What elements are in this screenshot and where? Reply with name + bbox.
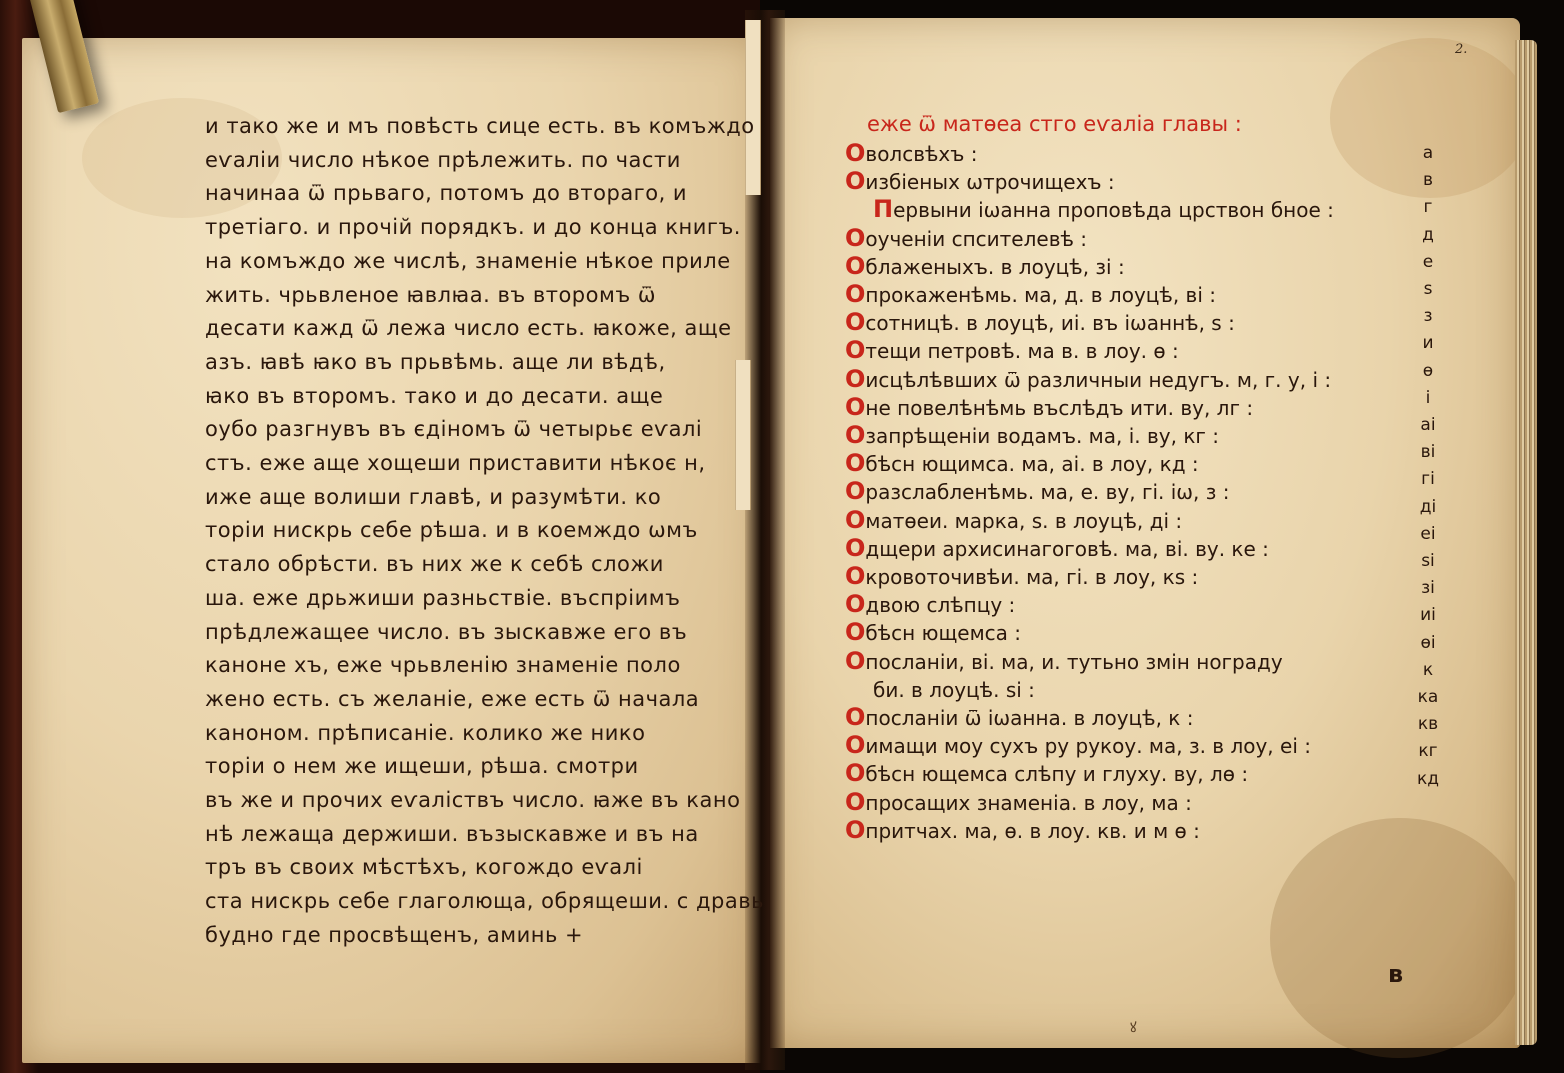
text-line: торіи нискрь себе рѣша. и в коемждо ѡмъ [205, 514, 675, 548]
chapter-entry: Отещи петровѣ. ма в. в лоу. ѳ : [845, 337, 1365, 365]
rubric-initial: О [845, 562, 865, 590]
chapter-entry: Окровоточивѣи. ма, гі. в лоу, кѕ : [845, 563, 1365, 591]
chapter-number: з [1408, 303, 1448, 330]
chapter-entry-text: блаженыхъ. в лоуцѣ, зі : [865, 255, 1124, 279]
chapter-entry: Оимащи моу сухъ ру рукоу. ма, з. в лоу, … [845, 732, 1365, 760]
rubric-initial: О [845, 618, 865, 646]
chapter-list-title: еже ѿ матѳеа стго еѵаліа главы : [845, 108, 1365, 140]
rubric-initial: О [845, 534, 865, 562]
chapter-entry-text: посланіи ѿ іѡанна. в лоуцѣ, к : [865, 706, 1193, 730]
chapter-entry-text: прокаженѣмь. ма, д. в лоуцѣ, ві : [865, 283, 1216, 307]
chapter-entry: Обѣсн ющемса слѣпу и глуху. ву, лѳ : [845, 760, 1365, 788]
chapter-entry-text: имащи моу сухъ ру рукоу. ма, з. в лоу, е… [865, 734, 1311, 758]
rubric-initial: О [845, 252, 865, 280]
rubric-initial: О [845, 167, 865, 195]
rubric-initial: О [845, 308, 865, 336]
chapter-entry: Опросащих знаменіа. в лоу, ма : [845, 789, 1365, 817]
chapter-entry-text: притчах. ма, ѳ. в лоу. кв. и м ѳ : [865, 819, 1199, 843]
text-line: ша. еже дрьжиши разньствіе. въспріимъ [205, 582, 675, 616]
text-line: каноном. прѣписаніе. колико же нико [205, 717, 675, 751]
text-line: на комъждо же числѣ, знаменіе нѣкое прил… [205, 245, 675, 279]
chapter-numbers: авгдеѕзиѳіаівігідіеіѕізіиіѳіккаквкгкд [1408, 140, 1448, 793]
text-line: еѵаліи число нѣкое прѣлежить. по части [205, 144, 675, 178]
chapter-entry-text: исцѣлѣвших ѿ различныи недугъ. м, г. у, … [865, 368, 1331, 392]
text-line: въ же и прочих еѵаліствъ число. ꙗже въ к… [205, 784, 675, 818]
chapter-number: і [1408, 385, 1448, 412]
chapter-number: ѳі [1408, 630, 1448, 657]
chapter-number: д [1408, 222, 1448, 249]
chapter-entry-text: бѣсн ющемса слѣпу и глуху. ву, лѳ : [865, 762, 1248, 786]
text-line: тръ въ своих мѣстѣхъ, когождо еѵалі [205, 851, 675, 885]
chapter-entry: Озапрѣщеніи водамъ. ма, і. ву, кг : [845, 422, 1365, 450]
text-line: ꙗко въ второмъ. тако и до десати. аще [205, 380, 675, 414]
quire-signature: в [1388, 960, 1403, 988]
text-line: будно где просвѣщенъ, аминь + [205, 919, 675, 953]
rubric-initial: О [845, 336, 865, 364]
rubric-initial: О [845, 590, 865, 618]
chapter-number: ѳ [1408, 358, 1448, 385]
text-line: десати кажд ѿ лежа число есть. ꙗкоже, ащ… [205, 312, 675, 346]
chapter-number: ві [1408, 439, 1448, 466]
chapter-number: ѕ [1408, 276, 1448, 303]
chapter-entry: Оразслабленѣмь. ма, е. ву, гі. іѡ, з : [845, 478, 1365, 506]
chapter-entry-text: бѣсн ющемса : [865, 621, 1021, 645]
chapter-number: а [1408, 140, 1448, 167]
chapter-number: иі [1408, 602, 1448, 629]
text-line: и тако же и мъ повѣсть сице есть. въ ком… [205, 110, 675, 144]
chapter-entry-text: запрѣщеніи водамъ. ма, і. ву, кг : [865, 424, 1219, 448]
chapter-entry-text: оученіи спсителевѣ : [865, 227, 1087, 251]
text-line: третіаго. и прочій порядкъ. и до конца к… [205, 211, 675, 245]
chapter-entry-text: двою слѣпцу : [865, 593, 1015, 617]
rubric-initial: П [873, 195, 893, 223]
text-line: стъ. еже аще хощеши приставити нѣкоє н, [205, 447, 675, 481]
text-line: жить. чрьвленое ꙗвлꙗа. въ второмъ ѿ [205, 279, 675, 313]
chapter-entry: Ооученіи спсителевѣ : [845, 225, 1365, 253]
rubric-initial: О [845, 506, 865, 534]
rubric-initial: О [845, 477, 865, 505]
chapter-entry: Одщери архисинагоговѣ. ма, ві. ву. ке : [845, 535, 1365, 563]
chapter-entry-text: ервыни іѡанна проповѣда црствон бное : [893, 198, 1334, 222]
rubric-initial: О [845, 280, 865, 308]
chapter-entry: би. в лоуцѣ. ѕі : [845, 676, 1365, 704]
chapter-entry: Обѣсн ющимса. ма, аі. в лоу, кд : [845, 450, 1365, 478]
chapter-entry: Оизбіеных ѡтрочищехъ : [845, 168, 1365, 196]
chapter-entry: Одвою слѣпцу : [845, 591, 1365, 619]
rubric-initial: О [845, 449, 865, 477]
chapter-number: в [1408, 167, 1448, 194]
chapter-entry-text: сотницѣ. в лоуцѣ, иі. въ іѡаннѣ, ѕ : [865, 311, 1234, 335]
chapter-number: кг [1408, 738, 1448, 765]
text-line: ста нискрь себе глаголюща, обрящеши. с д… [205, 885, 675, 919]
chapter-number: и [1408, 330, 1448, 357]
chapter-entry-text: бѣсн ющимса. ма, аі. в лоу, кд : [865, 452, 1198, 476]
chapter-entry-text: кровоточивѣи. ма, гі. в лоу, кѕ : [865, 565, 1198, 589]
chapter-entry: Обѣсн ющемса : [845, 619, 1365, 647]
page-edges [1515, 40, 1537, 1045]
repair-strip [745, 20, 761, 195]
text-line: жено есть. съ желаніе, еже есть ѿ начала [205, 683, 675, 717]
chapter-number: г [1408, 194, 1448, 221]
rubric-initial: О [845, 788, 865, 816]
chapter-entry-text: не повелѣнѣмь въслѣдъ ити. ву, лг : [865, 396, 1253, 420]
chapter-entry-text: тещи петровѣ. ма в. в лоу. ѳ : [865, 339, 1178, 363]
chapter-entry: Оматѳеи. марка, ѕ. в лоуцѣ, ді : [845, 507, 1365, 535]
left-page-text: и тако же и мъ повѣсть сице есть. въ ком… [205, 110, 675, 953]
bottom-mark: ꙋ [1130, 1018, 1137, 1037]
rubric-initial: О [845, 139, 865, 167]
chapter-number: е [1408, 249, 1448, 276]
text-line: азъ. ꙗвѣ ꙗко въ прьвѣмь. аще ли вѣдѣ, [205, 346, 675, 380]
text-line: прѣдлежащее число. въ зыскавже его въ [205, 616, 675, 650]
chapter-entry: Первыни іѡанна проповѣда црствон бное : [845, 196, 1365, 224]
rubric-initial: О [845, 703, 865, 731]
chapter-number: ка [1408, 684, 1448, 711]
chapter-number: кд [1408, 766, 1448, 793]
chapter-entry-text: посланіи, ві. ма, и. тутьно змін нограду [865, 650, 1282, 674]
chapter-number: кв [1408, 711, 1448, 738]
chapter-number: гі [1408, 466, 1448, 493]
text-line: иже аще волиши главѣ, и разумѣти. ко [205, 481, 675, 515]
rubric-initial: О [845, 759, 865, 787]
chapter-number: еі [1408, 521, 1448, 548]
rubric-initial: О [845, 421, 865, 449]
chapter-entry: Облаженыхъ. в лоуцѣ, зі : [845, 253, 1365, 281]
text-line: торіи о нем же ищеши, рѣша. смотри [205, 750, 675, 784]
repair-strip [735, 360, 751, 510]
chapter-entry-text: дщери архисинагоговѣ. ма, ві. ву. ке : [865, 537, 1269, 561]
chapter-entry: Опритчах. ма, ѳ. в лоу. кв. и м ѳ : [845, 817, 1365, 845]
text-line: каноне хъ, еже чрьвленію знаменіе поло [205, 649, 675, 683]
rubric-initial: О [845, 393, 865, 421]
chapter-entry: Оне повелѣнѣмь въслѣдъ ити. ву, лг : [845, 394, 1365, 422]
chapter-entry: Осотницѣ. в лоуцѣ, иі. въ іѡаннѣ, ѕ : [845, 309, 1365, 337]
text-line: начинаа ѿ прьваго, потомъ до втораго, и [205, 177, 675, 211]
chapter-entry-text: избіеных ѡтрочищехъ : [865, 170, 1114, 194]
chapter-entry: Опосланіи, ві. ма, и. тутьно змін ноград… [845, 648, 1365, 676]
chapter-list: еже ѿ матѳеа стго еѵаліа главы : Оволсвѣ… [845, 108, 1365, 845]
water-stain [1270, 818, 1530, 1058]
rubric-initial: О [845, 816, 865, 844]
chapter-number: зі [1408, 575, 1448, 602]
folio-number: 2. [1455, 42, 1467, 57]
chapter-entry-text: би. в лоуцѣ. ѕі : [873, 678, 1035, 702]
text-line: оубо разгнувъ въ єдіномъ ѿ четырьє еѵалі [205, 413, 675, 447]
chapter-number: аі [1408, 412, 1448, 439]
chapter-number: к [1408, 657, 1448, 684]
chapter-entry-text: разслабленѣмь. ма, е. ву, гі. іѡ, з : [865, 480, 1229, 504]
rubric-initial: О [845, 647, 865, 675]
chapter-entry: Оисцѣлѣвших ѿ различныи недугъ. м, г. у,… [845, 366, 1365, 394]
chapter-entry-text: матѳеи. марка, ѕ. в лоуцѣ, ді : [865, 509, 1182, 533]
chapter-entry-text: волсвѣхъ : [865, 142, 977, 166]
chapter-number: ді [1408, 494, 1448, 521]
rubric-initial: О [845, 224, 865, 252]
text-line: нѣ лежаща держиши. възыскавже и въ на [205, 818, 675, 852]
chapter-entry: Опосланіи ѿ іѡанна. в лоуцѣ, к : [845, 704, 1365, 732]
chapter-number: ѕі [1408, 548, 1448, 575]
chapter-entry-text: просащих знаменіа. в лоу, ма : [865, 791, 1191, 815]
chapter-entry: Оволсвѣхъ : [845, 140, 1365, 168]
rubric-initial: О [845, 731, 865, 759]
text-line: стало обрѣсти. въ них же к себѣ сложи [205, 548, 675, 582]
rubric-initial: О [845, 365, 865, 393]
chapter-entry: Опрокаженѣмь. ма, д. в лоуцѣ, ві : [845, 281, 1365, 309]
